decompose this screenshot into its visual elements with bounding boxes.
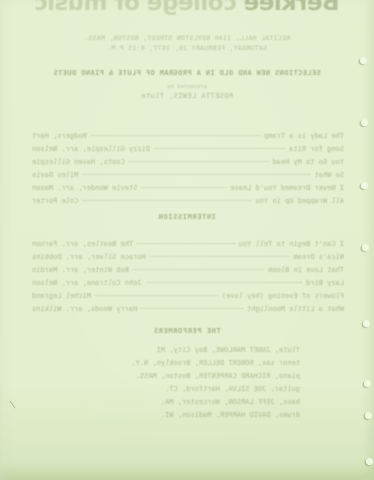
performer-name-line: ROSETTA LEWIS, flute (0, 92, 374, 100)
personnel-list: flute, JANET MARLOWE, Bay City, MI tenor… (120, 346, 300, 424)
composer-name: John Coltrane, arr. Nelson (32, 279, 142, 287)
presented-by-line: presented by (0, 84, 374, 90)
dotted-leader (82, 200, 251, 201)
dotted-leader (133, 269, 264, 270)
program-row: I Never Dreamed You'd Leave Stevie Wonde… (32, 184, 344, 197)
program-set-two: I Can't Begin to Tell You The Beatles, a… (32, 240, 344, 318)
binding-hole (361, 119, 368, 126)
program-row: All Wrapped Up in You Cole Porter (32, 197, 344, 210)
program-row: Song for Rita Dizzy Gillespie, arr. Nels… (32, 145, 344, 158)
program-row: Nica's Dream Horace Silver, arr. Dobbins (32, 253, 344, 266)
song-title: I Never Dreamed You'd Leave (230, 184, 344, 192)
composer-name: Stevie Wonder, arr. Mason (32, 184, 137, 192)
song-title: I Can't Begin to Tell You (239, 240, 344, 248)
dotted-leader (95, 295, 218, 296)
program-row: I Can't Begin to Tell You The Beatles, a… (32, 240, 344, 253)
binding-hole (361, 182, 368, 189)
intermission-heading: INTERMISSION (0, 213, 374, 221)
binding-hole (362, 244, 369, 251)
dotted-leader (82, 174, 310, 175)
composer-name: Horace Silver, arr. Dobbins (32, 253, 146, 261)
mirrored-showthrough-content: Berklee college of music RECITAL HALL, 1… (0, 0, 374, 480)
logo-bold-text: Berklee (237, 0, 340, 16)
binding-hole (364, 380, 371, 387)
song-title: What a Little Moonlight (247, 305, 344, 313)
song-title: So What (314, 171, 344, 179)
personnel-line: tenor sax, ROBERT DELLER, Brooklyn, N.Y. (120, 359, 300, 372)
program-row: What a Little Moonlight Harry Woods, arr… (32, 305, 344, 318)
song-title: Flowers of Evening (hey love) (222, 292, 344, 300)
date-line: SATURDAY, FEBRUARY 26, 1977, 8:15 P.M. (0, 44, 374, 52)
dotted-leader (150, 256, 290, 257)
dotted-leader (141, 308, 243, 309)
composer-name: The Beatles, arr. Farnon (32, 240, 133, 248)
program-row: Lazy Bird John Coltrane, arr. Nelson (32, 279, 344, 292)
recital-title-line: SELECTIONS NEW AND OLD IN A PROGRAM OF F… (0, 69, 374, 77)
song-title: Nica's Dream (293, 253, 344, 261)
personnel-line: bass, JEFF LARSON, Worcester, MA. (120, 398, 300, 411)
program-row: So What Miles Davis (32, 171, 344, 184)
composer-name: Bob Winter, arr. Mardin (32, 266, 129, 274)
personnel-line: piano, RICHARD CARPENTER, Boston, MASS. (120, 372, 300, 385)
dotted-leader (129, 161, 269, 162)
song-title: That Love in Bloom (268, 266, 344, 274)
composer-name: Coots, Haven Gillespie (32, 158, 125, 166)
personnel-line: guitar, JOE SILVA, Hartford, CT. (120, 385, 300, 398)
song-title: All Wrapped Up in You (255, 197, 344, 205)
composer-name: Rodgers, Hart (32, 132, 87, 140)
dotted-leader (154, 148, 285, 149)
program-row: Flowers of Evening (hey love) Michel Leg… (32, 292, 344, 305)
dotted-leader (137, 243, 234, 244)
composer-name: Dizzy Gillespie, arr. Nelson (32, 145, 150, 153)
program-set-one: The Lady is a Tramp Rodgers, Hart Song f… (32, 132, 344, 210)
dotted-leader (146, 282, 302, 283)
binding-hole (365, 412, 372, 419)
program-row: You Go to My Head Coots, Haven Gillespie (32, 158, 344, 171)
composer-name: Miles Davis (32, 171, 78, 179)
song-title: You Go to My Head (272, 158, 344, 166)
logo-light-text: college of music (34, 0, 236, 16)
performers-heading: THE PERFORMERS (0, 327, 374, 335)
scanned-program-page: Berklee college of music RECITAL HALL, 1… (0, 0, 374, 480)
dotted-leader (141, 187, 226, 188)
binding-hole (366, 458, 373, 465)
program-row: The Lady is a Tramp Rodgers, Hart (32, 132, 344, 145)
song-title: The Lady is a Tramp (264, 132, 344, 140)
personnel-line: drums, DAVID HARPER, Madison, WI. (120, 411, 300, 424)
venue-line: RECITAL HALL, 1140 BOYLSTON STREET, BOST… (0, 34, 374, 42)
composer-name: Harry Woods, arr. Wilkins (32, 305, 137, 313)
composer-name: Cole Porter (32, 197, 78, 205)
binding-hole (360, 57, 367, 64)
song-title: Song for Rita (289, 145, 344, 153)
binding-hole (363, 320, 370, 327)
composer-name: Michel Legrand (32, 292, 91, 300)
song-title: Lazy Bird (306, 279, 344, 287)
personnel-line: flute, JANET MARLOWE, Bay City, MI (120, 346, 300, 359)
berklee-logo-headline: Berklee college of music (0, 0, 374, 16)
program-row: That Love in Bloom Bob Winter, arr. Mard… (32, 266, 344, 279)
dotted-leader (91, 135, 260, 136)
